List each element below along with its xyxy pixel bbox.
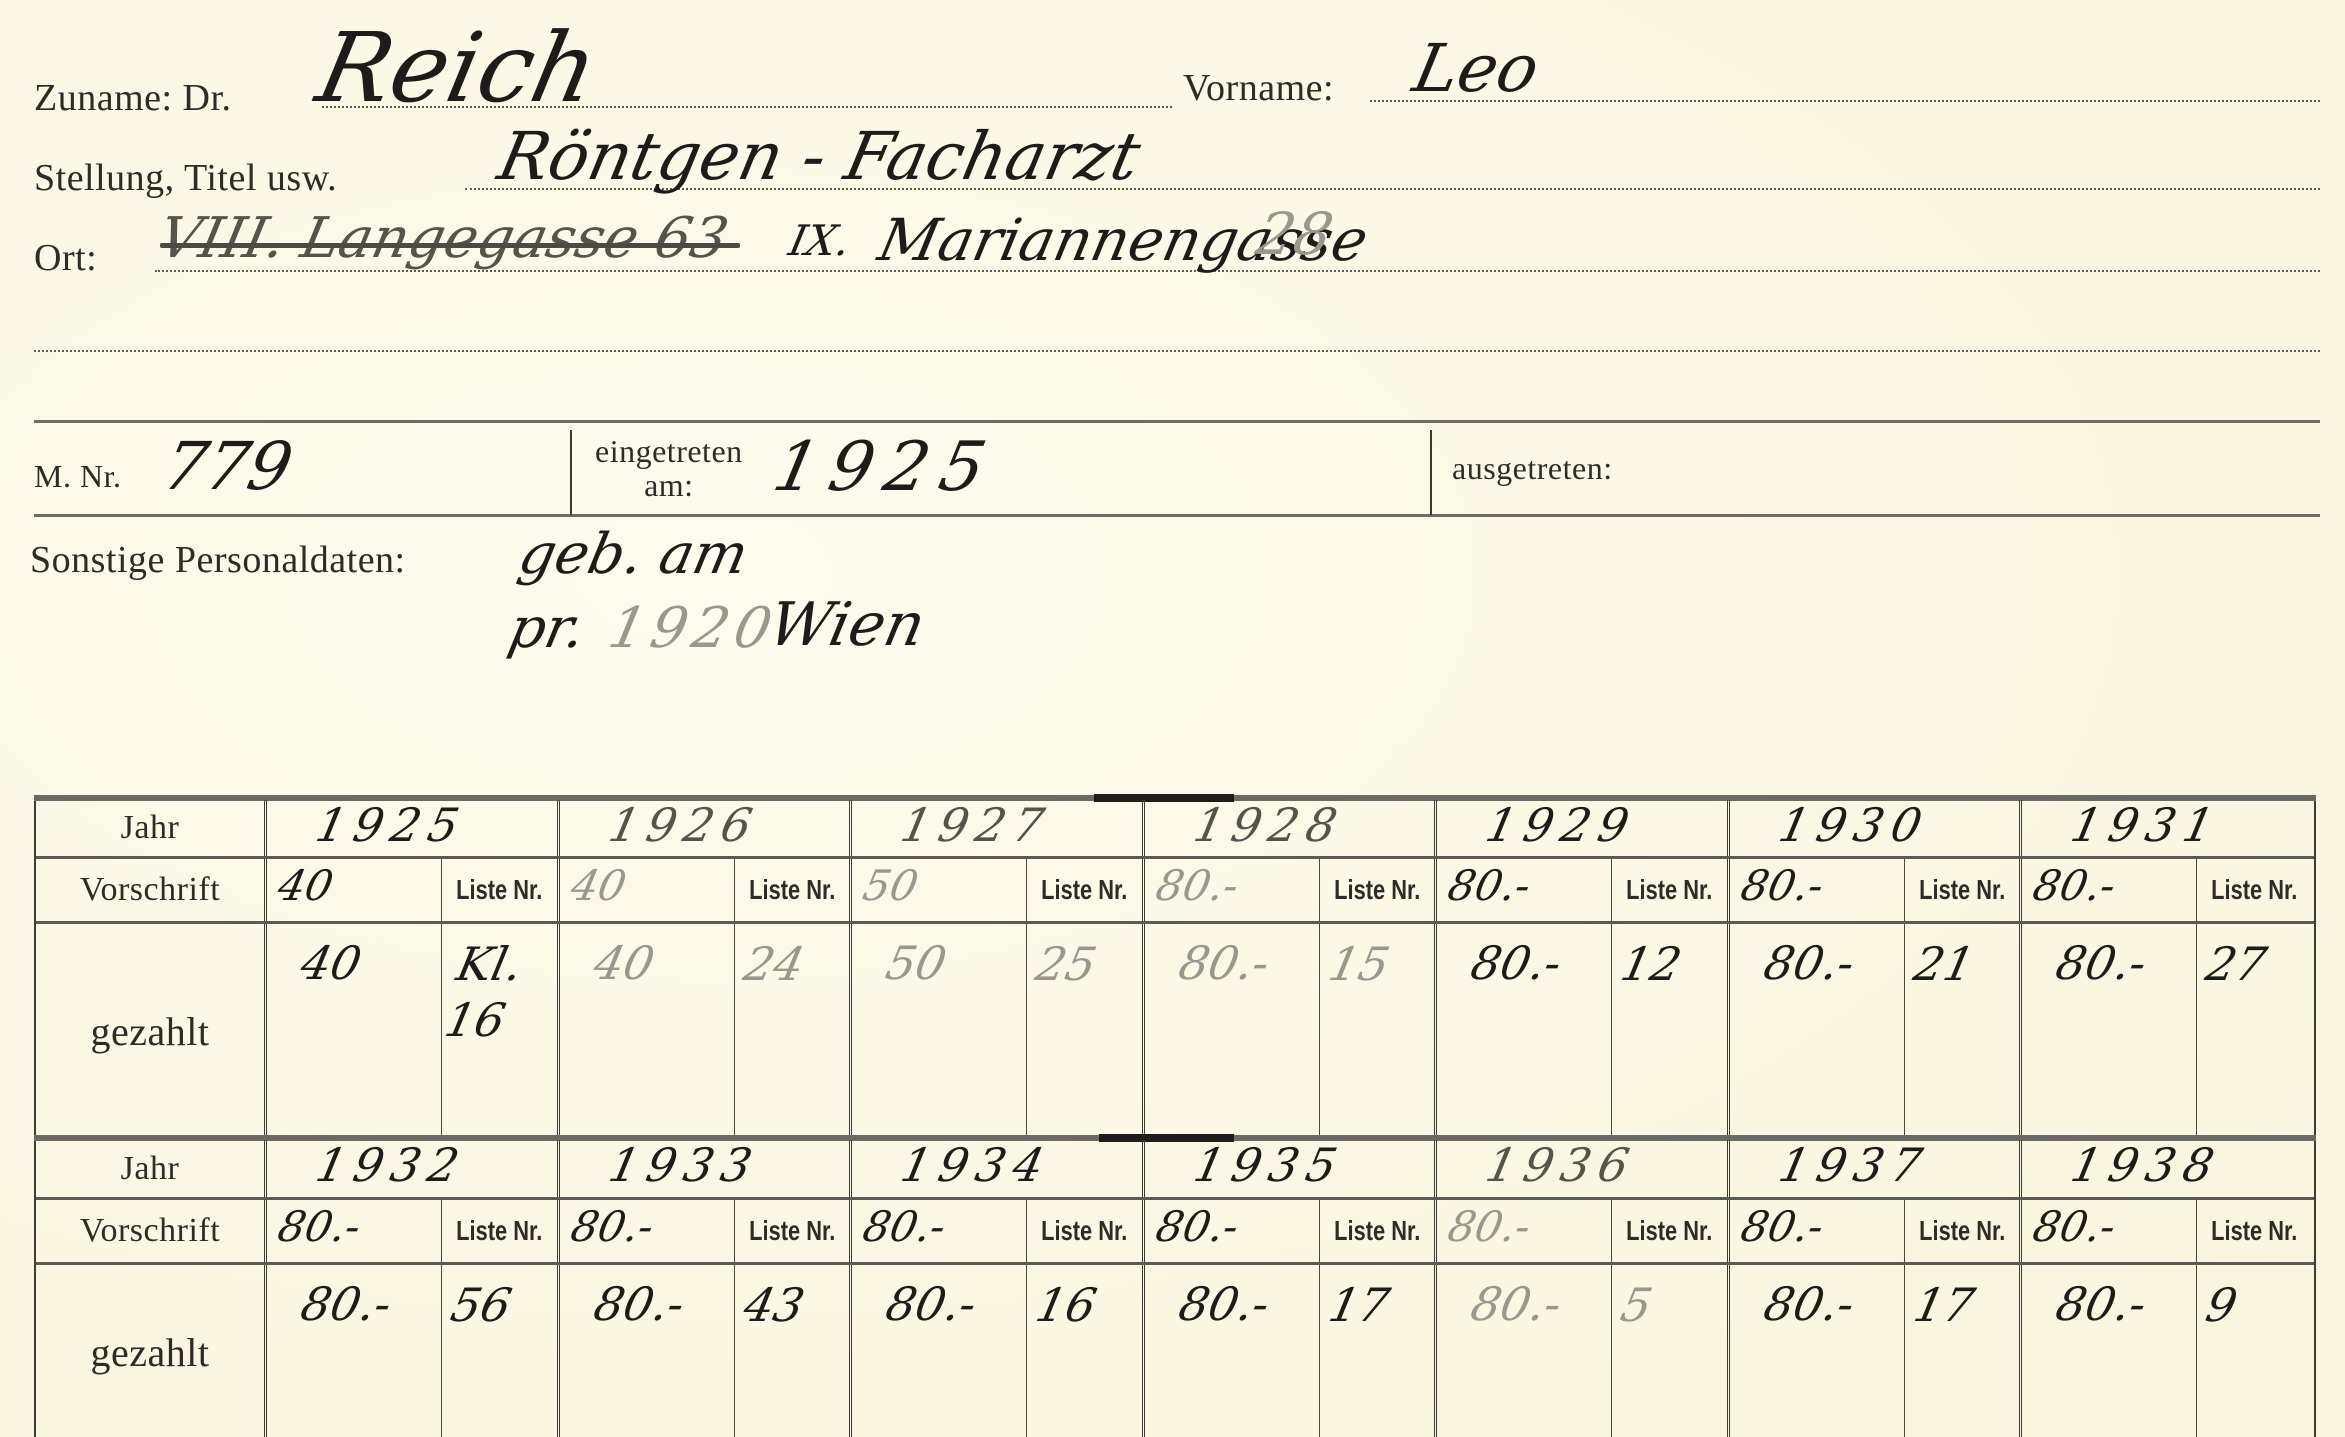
liste-nr-value: 25 [1031,936,1123,992]
vorschrift-value: 80.- [1444,861,1535,910]
vorschrift-cell: 80.- [264,1200,441,1262]
gezahlt-value: 50 [881,936,951,990]
vorname-label: Vorname: [1183,66,1334,110]
ort-district: IX. [785,216,855,265]
vorschrift-cell: 80.- [1142,1200,1319,1262]
gezahlt-cell: 80.- [849,1265,1026,1437]
gezahlt-cell: 50 [849,924,1026,1138]
liste-nr-label: Liste Nr. [1332,1200,1421,1262]
liste-nr-header: Liste Nr. [2196,1200,2312,1262]
vorschrift-value: 80.- [2029,1202,2120,1251]
blank-field-line [34,350,2320,352]
gezahlt-label: gezahlt [36,924,264,1138]
gezahlt-cell: 80.- [557,1265,734,1437]
gezahlt-cell: 80.- [1434,1265,1611,1437]
eingetreten-value: 1925 [767,428,1005,507]
liste-nr-label: Liste Nr. [747,859,836,921]
liste-nr-header: Liste Nr. [1611,1200,1727,1262]
vorschrift-value: 80.- [2029,861,2120,910]
gezahlt-liste-cell: 21 [1904,924,2020,1138]
gezahlt-liste-cell: 56 [441,1265,557,1437]
jahr-cell: 1927 [849,800,1142,856]
vorschrift-value: 50 [859,861,923,910]
liste-nr-value: 12 [1616,936,1708,992]
ort-number: 28 [1251,200,1339,268]
gezahlt-value: 80.- [1174,936,1274,990]
gezahlt-liste-cell: 17 [1904,1265,2020,1437]
vorschrift-cell: 40 [264,859,441,921]
vorschrift-cell: 80.- [557,1200,734,1262]
jahr-cell: 1925 [264,800,557,856]
eingetreten-label: eingetreten am: [595,434,743,502]
gezahlt-liste-cell: 24 [734,924,850,1138]
gezahlt-cell: 80.- [1142,924,1319,1138]
liste-nr-value: 43 [739,1277,831,1333]
liste-nr-value: 27 [2201,936,2293,992]
gezahlt-liste-cell: Kl. 16 [441,924,557,1138]
year-value: 1936 [1481,1138,1642,1192]
year-value: 1926 [604,798,765,852]
vorschrift-value: 40 [274,861,338,910]
gezahlt-liste-cell: 27 [2196,924,2312,1138]
jahr-cell: 1935 [1142,1140,1435,1197]
sonstige-line1: geb. am [513,522,754,587]
vorschrift-cell: 80.- [1434,1200,1611,1262]
mnr-value: 779 [157,428,299,505]
jahr-cell: 1931 [2019,800,2312,856]
jahr-label: Jahr [36,800,264,856]
liste-nr-value: 5 [1616,1277,1708,1333]
liste-nr-label: Liste Nr. [455,859,544,921]
liste-nr-header: Liste Nr. [1319,1200,1435,1262]
liste-nr-label: Liste Nr. [1917,1200,2006,1262]
liste-nr-value: 56 [446,1277,538,1333]
gezahlt-liste-cell: 16 [1026,1265,1142,1437]
year-value: 1938 [2066,1138,2227,1192]
year-value: 1935 [1189,1138,1350,1192]
gezahlt-liste-cell: 5 [1611,1265,1727,1437]
vorschrift-value: 80.- [274,1202,365,1251]
gezahlt-value: 80.- [589,1277,689,1331]
gezahlt-value: 80.- [881,1277,981,1331]
liste-nr-label: Liste Nr. [1917,859,2006,921]
gezahlt-cell: 40 [557,924,734,1138]
vorschrift-cell: 80.- [1727,1200,1904,1262]
gezahlt-liste-cell: 17 [1319,1265,1435,1437]
liste-nr-value: 17 [1909,1277,2001,1333]
stellung-label: Stellung, Titel usw. [34,156,337,200]
gezahlt-row: gezahlt 40Kl. 164024502580.-1580.-1280.-… [36,924,2314,1138]
liste-nr-header: Liste Nr. [2196,859,2312,921]
gezahlt-cell: 80.- [1434,924,1611,1138]
liste-nr-header: Liste Nr. [1026,1200,1142,1262]
jahr-cell: 1930 [1727,800,2020,856]
vorschrift-row: Vorschrift 80.-Liste Nr.80.-Liste Nr.80.… [36,1200,2314,1265]
vorschrift-value: 80.- [566,1202,657,1251]
vorschrift-value: 80.- [1151,861,1242,910]
liste-nr-label: Liste Nr. [747,1200,836,1262]
jahr-cell: 1938 [2019,1140,2312,1197]
liste-nr-header: Liste Nr. [1904,1200,2020,1262]
jahr-cell: 1932 [264,1140,557,1197]
liste-nr-label: Liste Nr. [455,1200,544,1262]
jahr-cell: 1937 [1727,1140,2020,1197]
jahr-cell: 1926 [557,800,850,856]
fee-table-1932-1938: Jahr 1932193319341935193619371938 Vorsch… [34,1140,2316,1437]
gezahlt-cell: 80.- [1142,1265,1319,1437]
liste-nr-label: Liste Nr. [2210,1200,2299,1262]
year-value: 1931 [2066,798,2227,852]
gezahlt-value: 80.- [1466,936,1566,990]
liste-nr-header: Liste Nr. [734,859,850,921]
ort-old-address: VIII. Langegasse 63 [153,206,734,271]
liste-nr-value: 21 [1909,936,2001,992]
liste-nr-label: Liste Nr. [1625,1200,1714,1262]
divider [1430,430,1432,515]
sonstige-line2-place: Wien [763,590,932,660]
year-value: 1929 [1481,798,1642,852]
liste-nr-value: 15 [1324,936,1416,992]
gezahlt-value: 80.- [1466,1277,1566,1331]
gezahlt-value: 40 [296,936,366,990]
liste-nr-value: 16 [1031,1277,1123,1333]
gezahlt-liste-cell: 15 [1319,924,1435,1138]
vorschrift-value: 80.- [1444,1202,1535,1251]
gezahlt-liste-cell: 9 [2196,1265,2312,1437]
vorschrift-row: Vorschrift 40Liste Nr.40Liste Nr.50Liste… [36,859,2314,924]
fee-table-1925-1931: Jahr 1925192619271928192919301931 Vorsch… [34,800,2316,1138]
jahr-cell: 1933 [557,1140,850,1197]
vorschrift-label: Vorschrift [36,859,264,921]
year-value: 1930 [1774,798,1935,852]
vorschrift-value: 40 [566,861,630,910]
liste-nr-value: 17 [1324,1277,1416,1333]
gezahlt-liste-cell: 43 [734,1265,850,1437]
rule-bottom [34,514,2320,517]
liste-nr-header: Liste Nr. [1319,859,1435,921]
sonstige-line2-year: 1920 [603,596,783,661]
liste-nr-label: Liste Nr. [2210,859,2299,921]
gezahlt-cell: 80.- [2019,924,2196,1138]
liste-nr-value: 9 [2201,1277,2293,1333]
year-value: 1934 [896,1138,1057,1192]
vorschrift-cell: 80.- [849,1200,1026,1262]
vorschrift-value: 80.- [1736,1202,1827,1251]
jahr-cell: 1934 [849,1140,1142,1197]
liste-nr-header: Liste Nr. [441,1200,557,1262]
stellung-value: Röntgen - Facharzt [492,118,1147,195]
jahr-cell: 1929 [1434,800,1727,856]
liste-nr-header: Liste Nr. [441,859,557,921]
year-value: 1933 [604,1138,765,1192]
vorschrift-cell: 40 [557,859,734,921]
gezahlt-value: 80.- [2051,1277,2151,1331]
gezahlt-value: 80.- [1759,1277,1859,1331]
jahr-cell: 1928 [1142,800,1435,856]
gezahlt-liste-cell: 12 [1611,924,1727,1138]
year-value: 1928 [1189,798,1350,852]
ort-label: Ort: [34,236,97,280]
gezahlt-liste-cell: 25 [1026,924,1142,1138]
jahr-cell: 1936 [1434,1140,1727,1197]
gezahlt-cell: 80.- [1727,1265,1904,1437]
year-value: 1925 [311,798,472,852]
zuname-label: Zuname: Dr. [34,76,232,120]
rule-top [34,420,2320,423]
gezahlt-cell: 80.- [2019,1265,2196,1437]
vorschrift-cell: 80.- [2019,1200,2196,1262]
vorschrift-cell: 80.- [1727,859,1904,921]
zuname-value: Reich [308,12,607,124]
vorschrift-value: 80.- [859,1202,950,1251]
gezahlt-value: 80.- [1759,936,1859,990]
vorschrift-value: 80.- [1736,861,1827,910]
liste-nr-header: Liste Nr. [1611,859,1727,921]
jahr-row: Jahr 1932193319341935193619371938 [36,1140,2314,1200]
sonstige-label: Sonstige Personaldaten: [30,538,406,582]
liste-nr-label: Liste Nr. [1040,859,1129,921]
vorschrift-cell: 50 [849,859,1026,921]
jahr-row: Jahr 1925192619271928192919301931 [36,800,2314,859]
ausgetreten-label: ausgetreten: [1452,450,1613,487]
vorname-value: Leo [1407,30,1546,107]
mnr-label: M. Nr. [34,458,121,495]
liste-nr-label: Liste Nr. [1625,859,1714,921]
liste-nr-header: Liste Nr. [1026,859,1142,921]
vorschrift-cell: 80.- [1142,859,1319,921]
liste-nr-label: Liste Nr. [1040,1200,1129,1262]
sonstige-line2-prefix: pr. [503,596,591,661]
gezahlt-value: 80.- [2051,936,2151,990]
liste-nr-header: Liste Nr. [1904,859,2020,921]
gezahlt-value: 40 [589,936,659,990]
gezahlt-value: 80.- [1174,1277,1274,1331]
gezahlt-cell: 40 [264,924,441,1138]
gezahlt-cell: 80.- [264,1265,441,1437]
gezahlt-cell: 80.- [1727,924,1904,1138]
divider [570,430,572,515]
vorschrift-cell: 80.- [2019,859,2196,921]
jahr-label: Jahr [36,1140,264,1197]
gezahlt-label: gezahlt [36,1265,264,1437]
liste-nr-label: Liste Nr. [1332,859,1421,921]
gezahlt-row: gezahlt 80.-5680.-4380.-1680.-1780.-580.… [36,1265,2314,1437]
strikethrough-line [160,243,740,248]
liste-nr-header: Liste Nr. [734,1200,850,1262]
liste-nr-value: 24 [739,936,831,992]
vorschrift-value: 80.- [1151,1202,1242,1251]
liste-nr-value: Kl. 16 [440,936,544,1048]
year-value: 1932 [311,1138,472,1192]
vorschrift-label: Vorschrift [36,1200,264,1262]
year-value: 1937 [1774,1138,1935,1192]
year-value: 1927 [896,798,1057,852]
gezahlt-value: 80.- [296,1277,396,1331]
vorschrift-cell: 80.- [1434,859,1611,921]
